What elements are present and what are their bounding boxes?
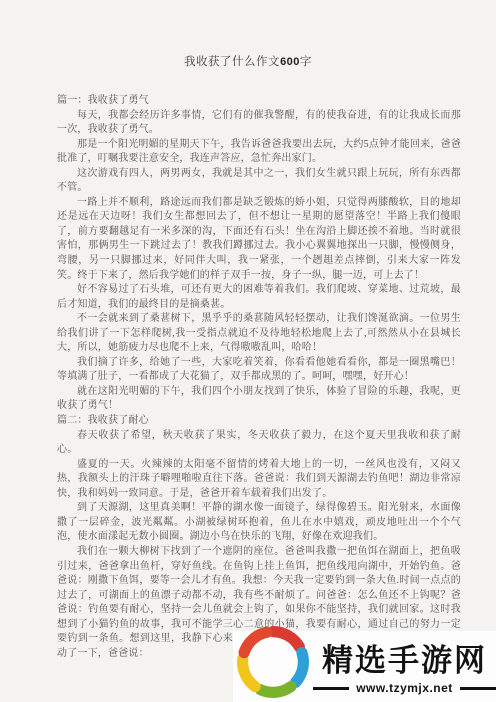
- essay-paragraph: 就在这阳光明媚的下午，我们四个小朋友找到了快乐，体验了冒险的乐趣，我呢，更收获了…: [57, 385, 461, 414]
- site-url: www.tzymjx.net: [356, 681, 453, 695]
- essay-paragraph: 那是一个阳光明媚的星期天下午，我告诉爸爸我要出去玩，大约5点钟才能回来，爸爸批准…: [57, 138, 461, 167]
- divider-line-left: [313, 687, 349, 690]
- essay-paragraph: 不一会就来到了桑葚树下，黑乎乎的桑葚随风轻轻摆动，让我们馋涎欲滴。一位男生给我们…: [57, 312, 461, 356]
- section-2-heading: 篇二：我收获了耐心: [57, 414, 461, 429]
- logo-blade: [273, 632, 299, 647]
- essay-paragraph: 到了天源湖，这里真美啊！平静的湖水像一面镜子，绿得像碧玉。阳光射来，水面像撒了一…: [57, 501, 461, 545]
- essay-paragraph: 好不容易过了石头堆，可还有更大的困难等着我们。我们爬坡、穿菜地、过荒坡，最后才知…: [57, 283, 461, 312]
- title-text: 我收获了什么作文: [184, 56, 280, 68]
- title-suffix: 字: [300, 56, 312, 68]
- essay-paragraph: 一路上并不顺利，路途远而我们都是缺乏锻炼的娇小姐，只觉得两膝酸软，目的地却还是远…: [57, 196, 461, 283]
- logo-blade: [287, 653, 310, 683]
- divider-line-right: [460, 687, 496, 690]
- essay-paragraph: 盛夏的一天。火辣辣的太阳毫不留情的烤着大地上的一切，一丝风也没有，又闷又热，我额…: [57, 458, 461, 502]
- site-watermark: 精选手游网 www.tzymjx.net: [233, 631, 496, 702]
- site-url-row: www.tzymjx.net: [313, 681, 496, 695]
- essay-paragraph: 这次游戏有四人，两男两女，我就是其中之一，我们女生就只跟上玩玩，所有东西都不管。: [57, 167, 461, 196]
- title-word-count: 600: [280, 56, 300, 68]
- watermark-text-block: 精选手游网 www.tzymjx.net: [313, 635, 496, 695]
- pinwheel-logo-svg: [233, 622, 313, 702]
- site-name: 精选手游网: [322, 635, 487, 680]
- essay-paragraph: 我们摘了许多，给她了一些，大家吃着笑着，你看看他她看看你，都是一圈黑嘴巴！等填满…: [57, 356, 461, 385]
- logo-blade: [261, 674, 291, 702]
- logo-blades: [234, 628, 310, 702]
- logo-blade: [244, 628, 267, 658]
- logo-blade: [234, 659, 264, 687]
- section-1-heading: 篇一：我收获了勇气: [57, 94, 461, 109]
- essay-paragraph: 春天收获了希望，秋天收获了果实，冬天收获了毅力，在这个夏天里我收和获了耐心。: [57, 429, 461, 458]
- page-title: 我收获了什么作文600字: [0, 0, 496, 69]
- pinwheel-logo-icon: [233, 622, 313, 702]
- essay-paragraph: 每天，我都会经历许多事情，它们有的催我警醒，有的使我奋进，有的让我成长而那一次，…: [57, 109, 461, 138]
- document-page: 我收获了什么作文600字 篇一：我收获了勇气 每天，我都会经历许多事情，它们有的…: [0, 0, 496, 702]
- essay-body: 篇一：我收获了勇气 每天，我都会经历许多事情，它们有的催我警醒，有的使我奋进，有…: [0, 69, 496, 661]
